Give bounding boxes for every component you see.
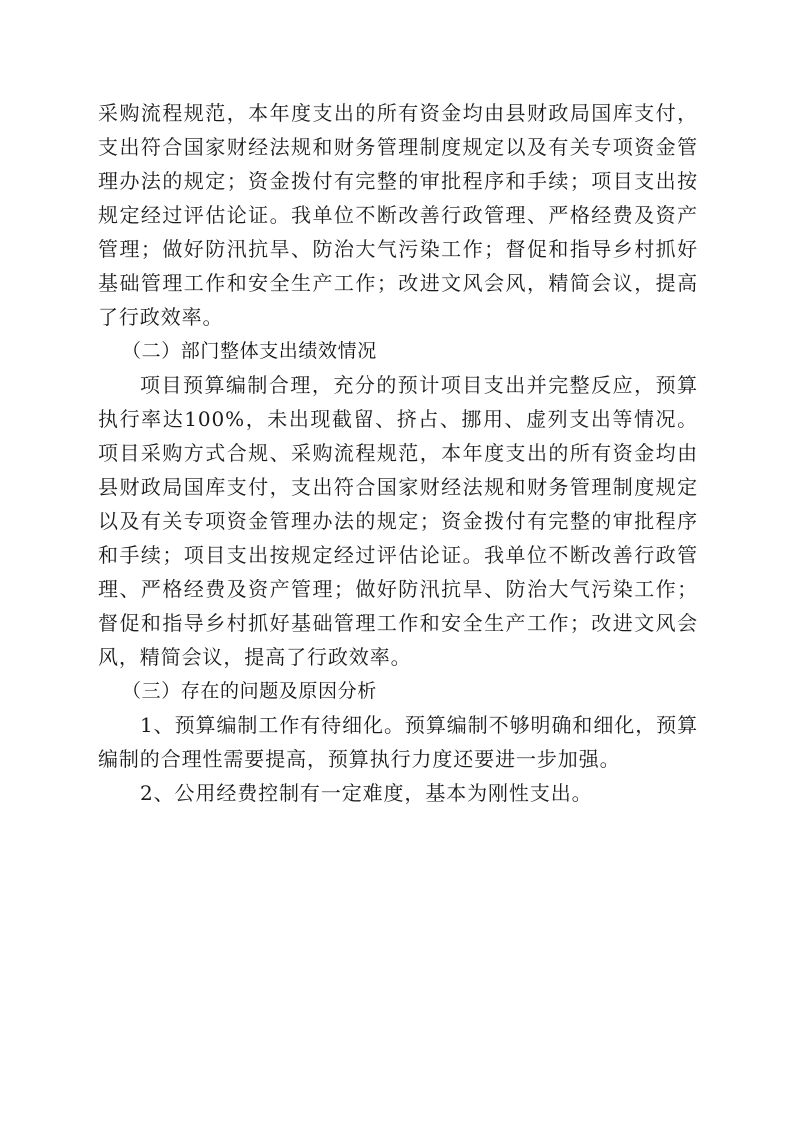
section-heading-overall-expenditure-performance: （二）部门整体支出绩效情况 [98,334,698,368]
body-paragraph-performance: 项目预算编制合理，充分的预计项目支出并完整反应，预算执行率达100%，未出现截留… [98,368,698,674]
document-page: 采购流程规范，本年度支出的所有资金均由县财政局国库支付，支出符合国家财经法规和财… [98,96,698,810]
body-paragraph-problem-2: 2、公用经费控制有一定难度，基本为刚性支出。 [98,776,698,810]
section-heading-problems-analysis: （三）存在的问题及原因分析 [98,674,698,708]
body-paragraph-continuation: 采购流程规范，本年度支出的所有资金均由县财政局国库支付，支出符合国家财经法规和财… [98,96,698,334]
body-paragraph-problem-1: 1、预算编制工作有待细化。预算编制不够明确和细化，预算编制的合理性需要提高，预算… [98,708,698,776]
